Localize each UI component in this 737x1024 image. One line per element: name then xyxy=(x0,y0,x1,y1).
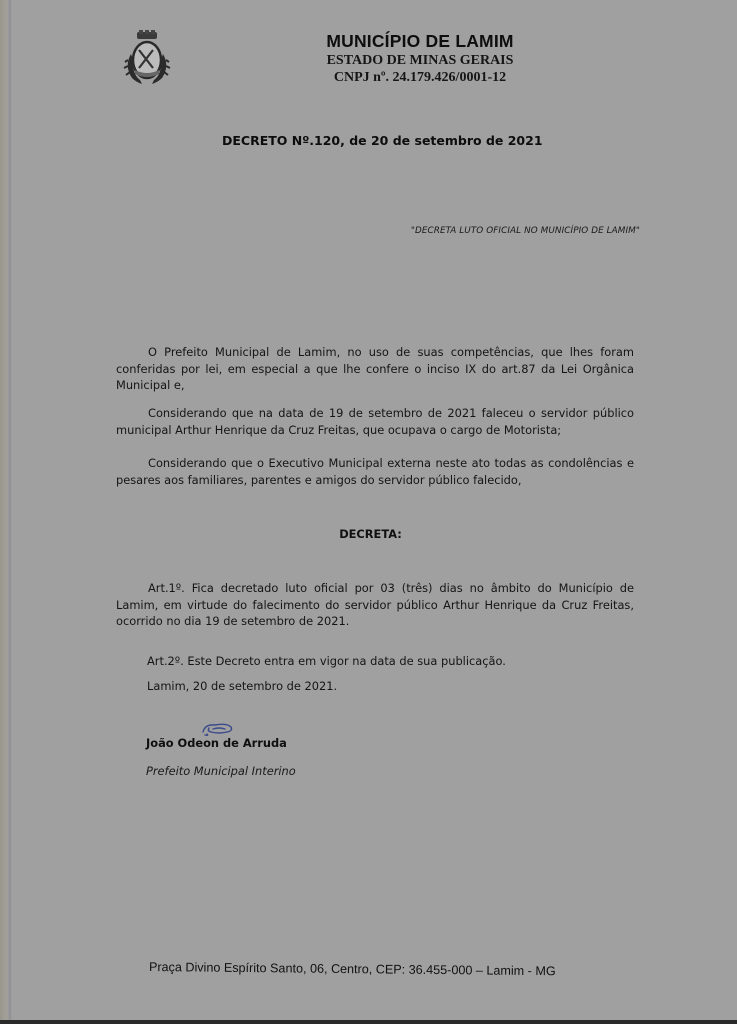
decree-title: DECRETO Nº.120, de 20 de setembro de 202… xyxy=(222,133,543,148)
decree-ementa: "DECRETA LUTO OFICIAL NO MUNICÍPIO DE LA… xyxy=(411,226,640,236)
preamble-text: Considerando que o Executivo Municipal e… xyxy=(116,455,634,488)
article-2: Art.2º. Este Decreto entra em vigor na d… xyxy=(147,654,506,668)
letterhead: MUNICÍPIO DE LAMIM ESTADO DE MINAS GERAI… xyxy=(300,30,540,86)
scan-bottom-edge xyxy=(0,1020,737,1024)
preamble-paragraph-2: Considerando que na data de 19 de setemb… xyxy=(116,405,634,438)
municipality-name: MUNICÍPIO DE LAMIM xyxy=(300,30,540,52)
preamble-text: O Prefeito Municipal de Lamim, no uso de… xyxy=(116,344,634,394)
state-name: ESTADO DE MINAS GERAIS xyxy=(300,52,540,69)
preamble-paragraph-1: O Prefeito Municipal de Lamim, no uso de… xyxy=(116,344,634,394)
signer-role: Prefeito Municipal Interino xyxy=(146,764,296,778)
preamble-text: Considerando que na data de 19 de setemb… xyxy=(116,405,634,438)
scan-edge-strip xyxy=(0,0,12,1024)
article-1: Art.1º. Fica decretado luto oficial por … xyxy=(116,580,634,630)
cnpj-number: CNPJ nº. 24.179.426/0001-12 xyxy=(300,69,540,86)
article-text: Art.1º. Fica decretado luto oficial por … xyxy=(116,580,634,630)
signer-name: João Odeon de Arruda xyxy=(146,736,287,750)
place-and-date: Lamim, 20 de setembro de 2021. xyxy=(147,679,337,693)
decreta-heading: DECRETA: xyxy=(0,527,737,541)
preamble-paragraph-3: Considerando que o Executivo Municipal e… xyxy=(116,455,634,488)
footer-address: Praça Divino Espírito Santo, 06, Centro,… xyxy=(149,960,556,978)
coat-of-arms-icon xyxy=(122,30,172,88)
